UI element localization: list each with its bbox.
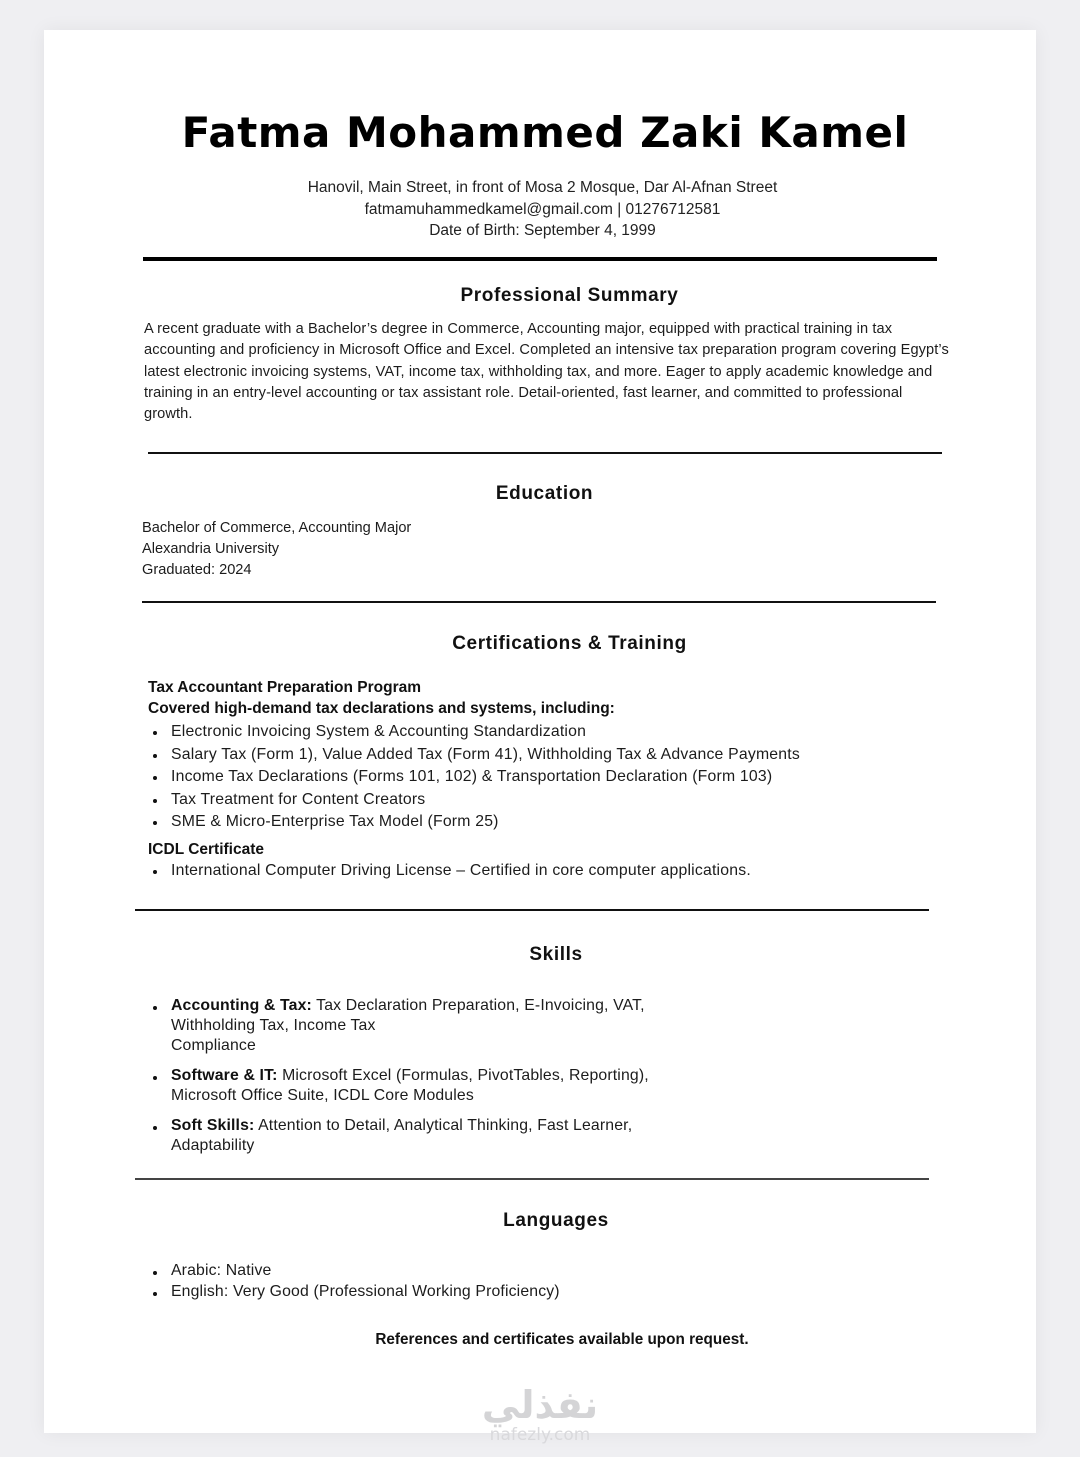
cert-program-items: Electronic Invoicing System & Accounting…	[144, 721, 944, 834]
list-item: Arabic: Native	[144, 1261, 844, 1282]
list-item: English: Very Good (Professional Working…	[144, 1282, 844, 1303]
list-item: Tax Treatment for Content Creators	[144, 789, 944, 812]
section-title-certifications: Certifications & Training	[0, 633, 1080, 655]
header-divider	[143, 257, 937, 261]
languages-list: Arabic: Native English: Very Good (Profe…	[144, 1261, 844, 1302]
list-item: Salary Tax (Form 1), Value Added Tax (Fo…	[144, 744, 944, 767]
watermark: نفذلي nafezly.com	[440, 1385, 640, 1445]
list-item: Electronic Invoicing System & Accounting…	[144, 721, 944, 744]
contact-block: Hanovil, Main Street, in front of Mosa 2…	[0, 177, 1080, 242]
divider	[148, 452, 942, 454]
section-title-languages: Languages	[0, 1210, 1080, 1232]
skill-item-accounting: Accounting & Tax: Tax Declaration Prepar…	[144, 996, 744, 1056]
education-entry: Bachelor of Commerce, Accounting Major A…	[142, 518, 411, 582]
icdl-items: International Computer Driving License –…	[144, 860, 944, 883]
cert-program-subtitle: Covered high-demand tax declarations and…	[148, 698, 615, 719]
email-phone: fatmamuhammedkamel@gmail.com | 012767125…	[0, 199, 1080, 221]
summary-text: A recent graduate with a Bachelor’s degr…	[144, 319, 949, 425]
section-title-skills: Skills	[0, 944, 1080, 966]
education-graduated: Graduated: 2024	[142, 560, 411, 581]
skill-item-soft: Soft Skills: Attention to Detail, Analyt…	[144, 1116, 744, 1156]
section-title-education: Education	[0, 483, 1080, 505]
icdl-title: ICDL Certificate	[148, 839, 264, 860]
education-university: Alexandria University	[142, 539, 411, 560]
education-degree: Bachelor of Commerce, Accounting Major	[142, 518, 411, 539]
watermark-latin: nafezly.com	[440, 1425, 640, 1445]
list-item: SME & Micro-Enterprise Tax Model (Form 2…	[144, 811, 944, 834]
references-note: References and certificates available up…	[0, 1331, 1080, 1349]
divider	[135, 1178, 929, 1180]
divider	[142, 601, 936, 603]
list-item: Income Tax Declarations (Forms 101, 102)…	[144, 766, 944, 789]
skill-item-software: Software & IT: Microsoft Excel (Formulas…	[144, 1066, 744, 1106]
skill-label: Software & IT:	[171, 1067, 278, 1084]
section-title-summary: Professional Summary	[0, 285, 1080, 307]
watermark-arabic: نفذلي	[440, 1385, 640, 1425]
divider	[135, 909, 929, 911]
skill-label: Accounting & Tax:	[171, 997, 312, 1014]
candidate-name: Fatma Mohammed Zaki Kamel	[0, 108, 1080, 157]
list-item: International Computer Driving License –…	[144, 860, 944, 883]
cert-program-heading: Tax Accountant Preparation Program Cover…	[148, 677, 615, 719]
skill-label: Soft Skills:	[171, 1117, 254, 1134]
address: Hanovil, Main Street, in front of Mosa 2…	[0, 177, 1080, 199]
cert-program-title: Tax Accountant Preparation Program	[148, 677, 615, 698]
date-of-birth: Date of Birth: September 4, 1999	[0, 220, 1080, 242]
skills-list: Accounting & Tax: Tax Declaration Prepar…	[144, 996, 744, 1166]
